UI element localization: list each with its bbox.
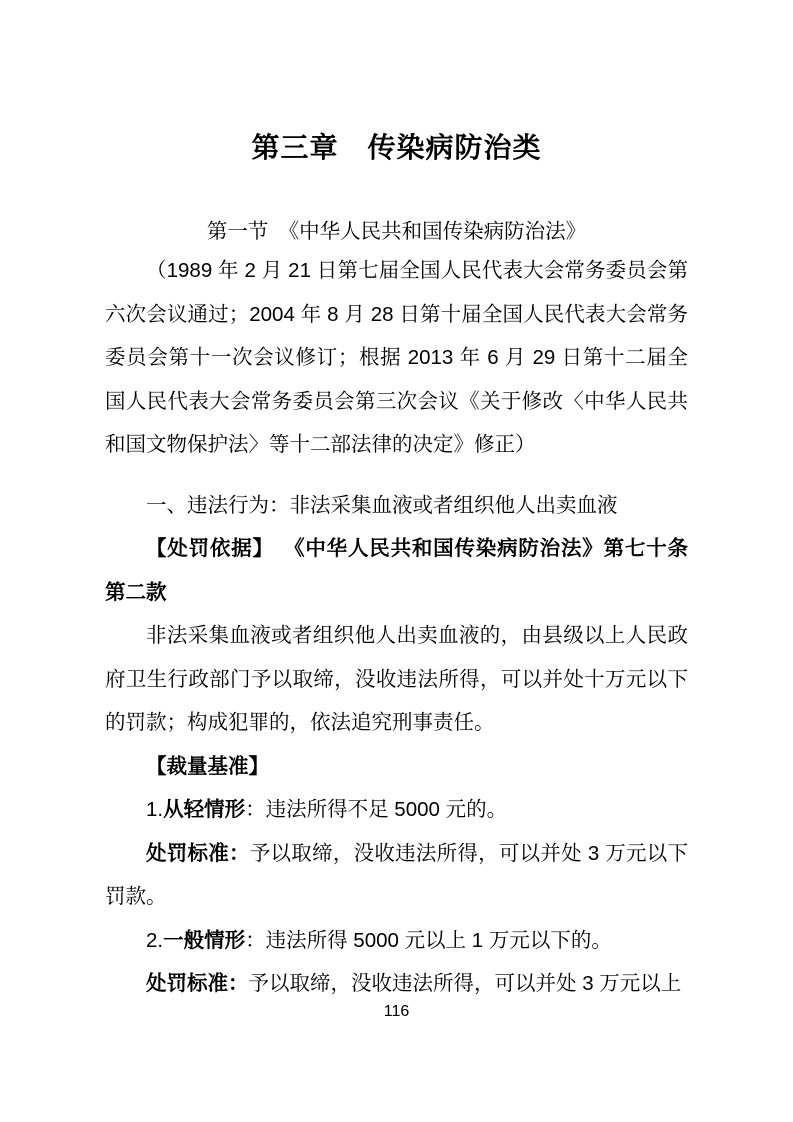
standard-item-1-label: 从轻情形 [163, 798, 245, 821]
standard-item-2-label: 一般情形 [163, 929, 245, 952]
standard-item-2-number: 2. [146, 929, 163, 952]
document-page: 第三章 传染病防治类 第一节 《中华人民共和国传染病防治法》 （1989 年 2… [0, 0, 793, 1122]
page-content: 第三章 传染病防治类 第一节 《中华人民共和国传染病防治法》 （1989 年 2… [0, 0, 793, 1006]
chapter-title: 第三章 传染病防治类 [105, 0, 688, 168]
standard-item-1-condition: 1.从轻情形：违法所得不足 5000 元的。 [105, 788, 688, 832]
standard-item-2-condition: 2.一般情形：违法所得 5000 元以上 1 万元以下的。 [105, 919, 688, 963]
standard-item-2-penalty-text: 予以取缔，没收违法所得，可以并处 3 万元以上 [249, 972, 682, 995]
law-preamble: （1989 年 2 月 21 日第七届全国人民代表大会常务委员会第六次会议通过；… [105, 249, 688, 467]
standard-item-1-penalty-label: 处罚标准： [146, 842, 250, 865]
standard-item-1-text: ：违法所得不足 5000 元的。 [245, 798, 507, 821]
standard-item-2-penalty: 处罚标准：予以取缔，没收违法所得，可以并处 3 万元以上 [105, 962, 688, 1006]
standard-item-1-number: 1. [146, 798, 163, 821]
penalty-basis-label: 【处罚依据】 [146, 537, 274, 560]
standard-item-2-text: ：违法所得 5000 元以上 1 万元以下的。 [245, 929, 612, 952]
section-heading: 第一节 《中华人民共和国传染病防治法》 [105, 168, 688, 254]
page-number: 116 [0, 1002, 793, 1022]
discretion-standards-label: 【裁量基准】 [105, 745, 688, 789]
penalty-basis: 【处罚依据】《中华人民共和国传染病防治法》第七十条第二款 [105, 527, 688, 614]
standard-item-2-penalty-label: 处罚标准： [146, 972, 249, 995]
violation-heading: 一、违法行为：非法采集血液或者组织他人出卖血液 [105, 484, 688, 528]
standard-item-1-penalty: 处罚标准：予以取缔，没收违法所得，可以并处 3 万元以下罚款。 [105, 832, 688, 919]
penalty-provision: 非法采集血液或者组织他人出卖血液的，由县级以上人民政府卫生行政部门予以取缔，没收… [105, 614, 688, 745]
